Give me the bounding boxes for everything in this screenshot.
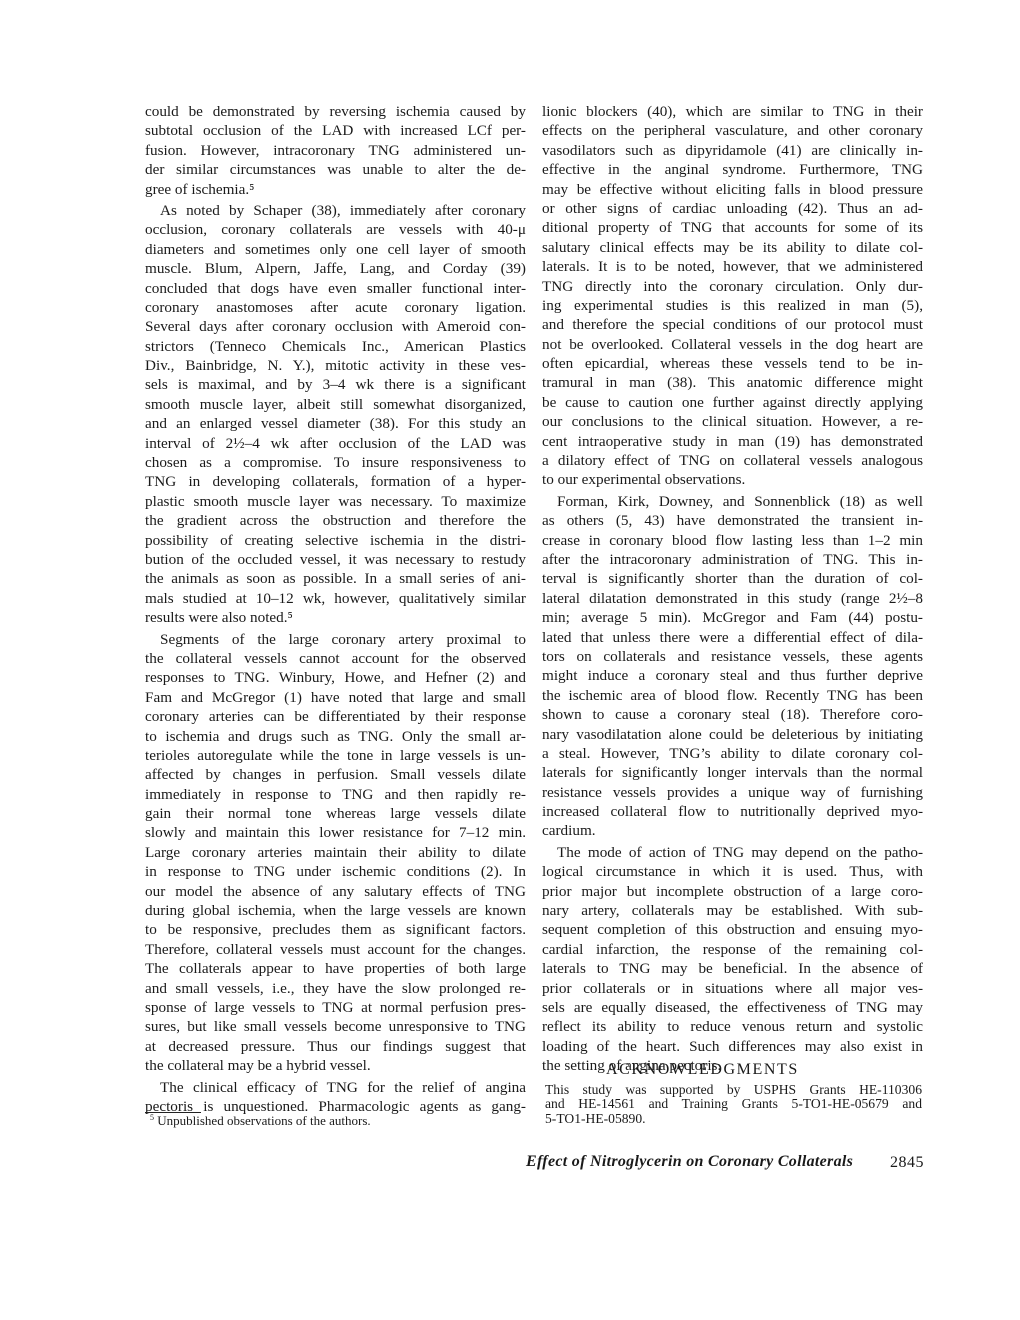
text-line: nary vasodilatation alone could be delet… bbox=[542, 725, 923, 744]
text-line: terioles autoregulate while the tone in … bbox=[145, 746, 526, 765]
text-line: at decreased pressure. Thus our findings… bbox=[145, 1037, 526, 1056]
paragraph: Segments of the large coronary artery pr… bbox=[145, 630, 526, 1076]
text-line: resistance vessels provides a unique way… bbox=[542, 783, 923, 802]
text-line: during global ischemia, when the large v… bbox=[145, 901, 526, 920]
text-line: sequent completion of this obstruction a… bbox=[542, 920, 923, 939]
text-line: often epicardial, whereas these vessels … bbox=[542, 354, 923, 373]
footnote-text: Unpublished observations of the authors. bbox=[157, 1113, 370, 1128]
text-line: effects on the peripheral vasculature, a… bbox=[542, 121, 923, 140]
text-line: could be demonstrated by reversing ische… bbox=[145, 102, 526, 121]
text-line: the animals as soon as possible. In a sm… bbox=[145, 569, 526, 588]
text-line: Segments of the large coronary artery pr… bbox=[145, 630, 526, 649]
paragraph: The clinical efficacy of TNG for the rel… bbox=[145, 1078, 526, 1117]
paragraph: Forman, Kirk, Downey, and Sonnenblick (1… bbox=[542, 492, 923, 841]
text-line: or other signs of cardiac unloading (42)… bbox=[542, 199, 923, 218]
paragraph: As noted by Schaper (38), immediately af… bbox=[145, 201, 526, 628]
text-line: to be responsive, precludes them as sign… bbox=[145, 920, 526, 939]
text-line: to our experimental observations. bbox=[542, 470, 923, 489]
text-line: gree of ischemia.⁵ bbox=[145, 180, 526, 199]
left-column: could be demonstrated by reversing ische… bbox=[145, 102, 526, 1116]
text-line: muscle. Blum, Alpern, Jaffe, Lang, and C… bbox=[145, 259, 526, 278]
page-number: 2845 bbox=[890, 1154, 924, 1172]
text-line: concluded that dogs have even smaller fu… bbox=[145, 279, 526, 298]
text-line: The mode of action of TNG may depend on … bbox=[542, 843, 923, 862]
text-line: sels is maximal, and by 3–4 wk there is … bbox=[145, 375, 526, 394]
text-line: slowly and maintain this lower resistanc… bbox=[145, 823, 526, 842]
text-line: mals studied at 10–12 wk, however, quali… bbox=[145, 589, 526, 608]
text-line: crease in coronary blood flow lasting le… bbox=[542, 531, 923, 550]
text-line: laterals. It is to be noted, however, th… bbox=[542, 257, 923, 276]
text-line: loading of the heart. Such differences m… bbox=[542, 1037, 923, 1056]
text-line: the gradient across the obstruction and … bbox=[145, 511, 526, 530]
text-line: cardium. bbox=[542, 821, 923, 840]
right-column: lionic blockers (40), which are similar … bbox=[542, 102, 923, 1076]
text-line: nary artery, collaterals may be establis… bbox=[542, 901, 923, 920]
text-line: fusion. However, intracoronary TNG admin… bbox=[145, 141, 526, 160]
text-line: strictors (Tenneco Chemicals Inc., Ameri… bbox=[145, 337, 526, 356]
text-line: may be effective without eliciting falls… bbox=[542, 180, 923, 199]
text-line: salutary clinical effects may be its abi… bbox=[542, 238, 923, 257]
text-line: possibility of creating selective ischem… bbox=[145, 531, 526, 550]
text-line: As noted by Schaper (38), immediately af… bbox=[145, 201, 526, 220]
text-line: tors on collaterals and resistance vesse… bbox=[542, 647, 923, 666]
text-line: affected by changes in perfusion. Small … bbox=[145, 765, 526, 784]
text-line: and small vessels, i.e., they have the s… bbox=[145, 979, 526, 998]
text-line: plastic smooth muscle layer was necessar… bbox=[145, 492, 526, 511]
text-line: and an enlarged vessel diameter (38). Fo… bbox=[145, 414, 526, 433]
text-line: increased collateral flow to nutritional… bbox=[542, 802, 923, 821]
text-line: the collateral may be a hybrid vessel. bbox=[145, 1056, 526, 1075]
text-line: be cause to caution one further against … bbox=[542, 393, 923, 412]
text-line: laterals to TNG may be beneficial. In th… bbox=[542, 959, 923, 978]
paragraph: lionic blockers (40), which are similar … bbox=[542, 102, 923, 490]
text-line: chosen as a compromise. To insure respon… bbox=[145, 453, 526, 472]
text-line: sponse of large vessels to TNG at normal… bbox=[145, 998, 526, 1017]
text-line: the ischemic area of blood flow. Recentl… bbox=[542, 686, 923, 705]
text-line: after the intracoronary administration o… bbox=[542, 550, 923, 569]
text-line: 5-TO1-HE-05890. bbox=[545, 1112, 922, 1126]
text-line: coronary arteries can be differentiated … bbox=[145, 707, 526, 726]
text-line: vasodilators such as dipyridamole (41) a… bbox=[542, 141, 923, 160]
acknowledgments-text: This study was supported by USPHS Grants… bbox=[545, 1083, 922, 1126]
text-line: shown to cause a coronary steal (18). Th… bbox=[542, 705, 923, 724]
text-line: and HE-14561 and Training Grants 5-TO1-H… bbox=[545, 1097, 922, 1111]
text-line: coronary anastomoses after acute coronar… bbox=[145, 298, 526, 317]
text-line: and therefore the special conditions of … bbox=[542, 315, 923, 334]
text-line: responses to TNG. Winbury, Howe, and Hef… bbox=[145, 668, 526, 687]
text-line: der similar circumstances was unable to … bbox=[145, 160, 526, 179]
text-line: occlusion, coronary collaterals are vess… bbox=[145, 220, 526, 239]
text-line: the collateral vessels cannot account fo… bbox=[145, 649, 526, 668]
text-line: to ischemia and drugs such as TNG. Only … bbox=[145, 727, 526, 746]
paragraph: could be demonstrated by reversing ische… bbox=[145, 102, 526, 199]
text-line: Div., Bainbridge, N. Y.), mitotic activi… bbox=[145, 356, 526, 375]
text-line: sures, but like small vessels become unr… bbox=[145, 1017, 526, 1036]
text-line: in response to TNG under ischemic condit… bbox=[145, 862, 526, 881]
text-line: effective in the anginal syndrome. Furth… bbox=[542, 160, 923, 179]
text-line: sels are equally diseased, the effective… bbox=[542, 998, 923, 1017]
text-line: might induce a coronary steal and thus f… bbox=[542, 666, 923, 685]
text-line: logical circumstance in which it is used… bbox=[542, 862, 923, 881]
text-line: prior collaterals or in situations where… bbox=[542, 979, 923, 998]
text-line: a dilatory effect of TNG on collateral v… bbox=[542, 451, 923, 470]
text-line: smooth muscle layer, albeit still somewh… bbox=[145, 395, 526, 414]
text-line: gain their normal tone whereas large ves… bbox=[145, 804, 526, 823]
text-line: This study was supported by USPHS Grants… bbox=[545, 1083, 922, 1097]
footnote: 5 Unpublished observations of the author… bbox=[150, 1113, 371, 1129]
text-line: Several days after coronary occlusion wi… bbox=[145, 317, 526, 336]
acknowledgments-heading: ACKNOWLEDGMENTS bbox=[606, 1060, 799, 1080]
text-line: The clinical efficacy of TNG for the rel… bbox=[145, 1078, 526, 1097]
text-line: TNG in developing collaterals, formation… bbox=[145, 472, 526, 491]
text-line: lated that unless there were a different… bbox=[542, 628, 923, 647]
text-line: prior major but incomplete obstruction o… bbox=[542, 882, 923, 901]
text-line: a steal. However, TNG’s ability to dilat… bbox=[542, 744, 923, 763]
footnote-marker: 5 bbox=[150, 1113, 154, 1122]
paragraph: The mode of action of TNG may depend on … bbox=[542, 843, 923, 1076]
text-line: reflect its ability to reduce venous ret… bbox=[542, 1017, 923, 1036]
text-line: tramural in man (38). This anatomic diff… bbox=[542, 373, 923, 392]
text-line: results were also noted.⁵ bbox=[145, 608, 526, 627]
text-line: lateral dilatation demonstrated in this … bbox=[542, 589, 923, 608]
text-line: cardial infarction, the response of the … bbox=[542, 940, 923, 959]
text-line: min; average 5 min). McGregor and Fam (4… bbox=[542, 608, 923, 627]
text-line: lionic blockers (40), which are similar … bbox=[542, 102, 923, 121]
running-title: Effect of Nitroglycerin on Coronary Coll… bbox=[526, 1153, 853, 1171]
text-line: cent intraoperative study in man (19) ha… bbox=[542, 432, 923, 451]
text-line: Fam and McGregor (1) have noted that lar… bbox=[145, 688, 526, 707]
text-line: Forman, Kirk, Downey, and Sonnenblick (1… bbox=[542, 492, 923, 511]
text-line: as others (5, 43) have demonstrated the … bbox=[542, 511, 923, 530]
text-line: Large coronary arteries maintain their a… bbox=[145, 843, 526, 862]
text-line: ditional property of TNG that accounts f… bbox=[542, 218, 923, 237]
text-line: TNG directly into the coronary circulati… bbox=[542, 277, 923, 296]
text-line: immediately in response to TNG and then … bbox=[145, 785, 526, 804]
text-line: interval of 2½–4 wk after occlusion of t… bbox=[145, 434, 526, 453]
text-line: not be overlooked. Collateral vessels in… bbox=[542, 335, 923, 354]
text-line: laterals for significantly longer interv… bbox=[542, 763, 923, 782]
text-line: subtotal occlusion of the LAD with incre… bbox=[145, 121, 526, 140]
text-line: diameters and sometimes only one cell la… bbox=[145, 240, 526, 259]
text-line: terval is significantly shorter than the… bbox=[542, 569, 923, 588]
text-line: our conclusions to the clinical situatio… bbox=[542, 412, 923, 431]
text-line: ing experimental studies is this realize… bbox=[542, 296, 923, 315]
text-line: Therefore, collateral vessels must accou… bbox=[145, 940, 526, 959]
text-line: The collaterals appear to have propertie… bbox=[145, 959, 526, 978]
text-line: our model the absence of any salutary ef… bbox=[145, 882, 526, 901]
text-line: bution of the occluded vessel, it was ne… bbox=[145, 550, 526, 569]
